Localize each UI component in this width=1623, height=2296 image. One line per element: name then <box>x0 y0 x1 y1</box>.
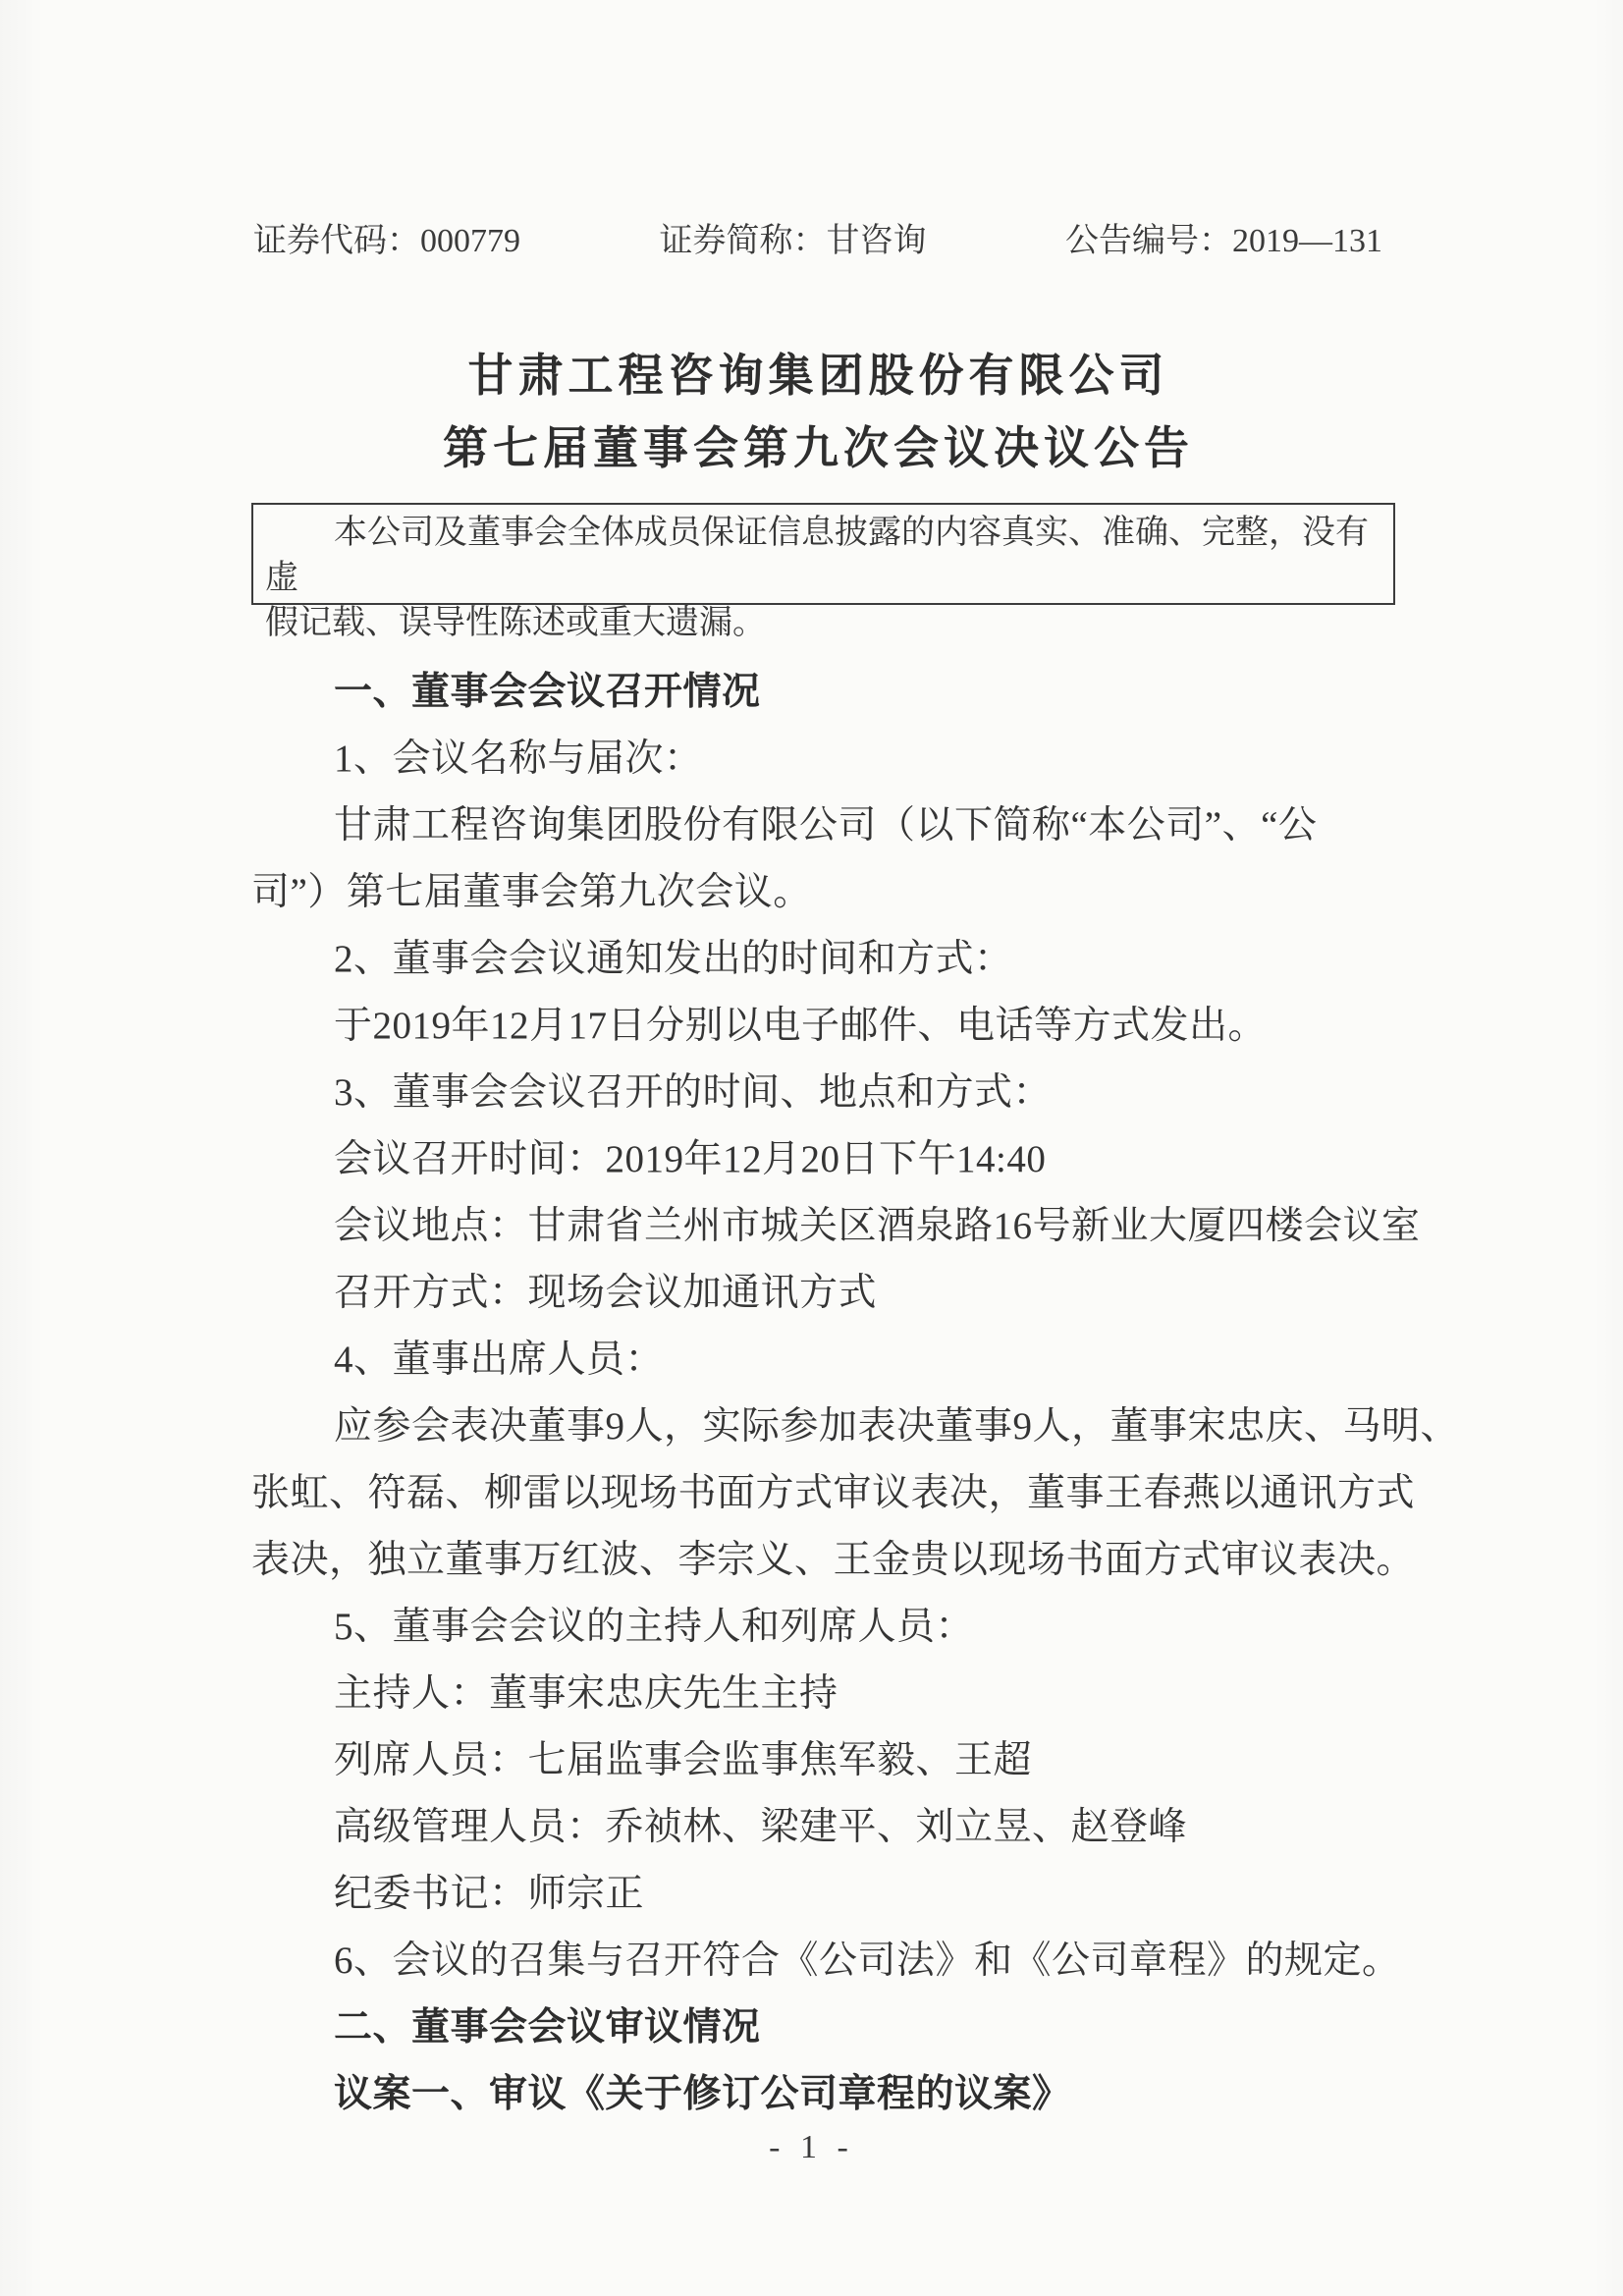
company-name-title: 甘肃工程咨询集团股份有限公司 <box>251 340 1385 405</box>
body-line: 议案一、审议《关于修订公司章程的议案》 <box>251 2061 1390 2128</box>
disclaimer-box: 本公司及董事会全体成员保证信息披露的内容真实、准确、完整，没有虚 假记载、误导性… <box>251 503 1395 605</box>
body-line: 二、董事会会议审议情况 <box>251 1995 1390 2061</box>
body-line: 列席人员：七届监事会监事焦军毅、王超 <box>251 1727 1390 1794</box>
body-line: 于2019年12月17日分别以电子邮件、电话等方式发出。 <box>251 993 1390 1060</box>
document-body: 一、董事会会议召开情况1、会议名称与届次：甘肃工程咨询集团股份有限公司（以下简称… <box>251 659 1390 2128</box>
disclaimer-line: 假记载、误导性陈述或重大遗漏。 <box>265 601 1381 646</box>
body-line: 张虹、符磊、柳雷以现场书面方式审议表决，董事王春燕以通讯方式 <box>251 1460 1390 1527</box>
body-line: 主持人：董事宋忠庆先生主持 <box>251 1661 1390 1727</box>
body-line: 6、会议的召集与召开符合《公司法》和《公司章程》的规定。 <box>251 1928 1390 1995</box>
body-line: 司”）第七届董事会第九次会议。 <box>251 859 1390 926</box>
page-number: - 1 - <box>0 2129 1623 2166</box>
body-line: 高级管理人员：乔祯林、梁建平、刘立昱、赵登峰 <box>251 1794 1390 1861</box>
body-line: 4、董事出席人员： <box>251 1327 1390 1394</box>
body-line: 2、董事会会议通知发出的时间和方式： <box>251 926 1390 993</box>
stock-info-header: 证券代码：000779 证券简称：甘咨询 公告编号：2019—131 <box>253 220 1382 263</box>
announcement-number: 公告编号：2019—131 <box>1065 220 1382 263</box>
body-line: 纪委书记：师宗正 <box>251 1861 1390 1928</box>
body-line: 1、会议名称与届次： <box>251 726 1390 793</box>
disclaimer-line: 本公司及董事会全体成员保证信息披露的内容真实、准确、完整，没有虚 <box>265 511 1381 601</box>
body-line: 3、董事会会议召开的时间、地点和方式： <box>251 1060 1390 1126</box>
body-line: 会议地点：甘肃省兰州市城关区酒泉路16号新业大厦四楼会议室 <box>251 1193 1390 1260</box>
stock-short-name: 证券简称：甘咨询 <box>660 220 927 263</box>
body-line: 会议召开时间：2019年12月20日下午14:40 <box>251 1126 1390 1193</box>
stock-code: 证券代码：000779 <box>253 220 520 263</box>
body-line: 甘肃工程咨询集团股份有限公司（以下简称“本公司”、“公 <box>251 793 1390 859</box>
document-title: 第七届董事会第九次会议决议公告 <box>251 412 1385 477</box>
body-line: 召开方式：现场会议加通讯方式 <box>251 1260 1390 1327</box>
body-line: 应参会表决董事9人，实际参加表决董事9人，董事宋忠庆、马明、 <box>251 1394 1390 1460</box>
body-line: 表决，独立董事万红波、李宗义、王金贵以现场书面方式审议表决。 <box>251 1527 1390 1594</box>
document-page: 证券代码：000779 证券简称：甘咨询 公告编号：2019—131 甘肃工程咨… <box>0 0 1623 2296</box>
body-line: 5、董事会会议的主持人和列席人员： <box>251 1594 1390 1661</box>
body-line: 一、董事会会议召开情况 <box>251 659 1390 726</box>
